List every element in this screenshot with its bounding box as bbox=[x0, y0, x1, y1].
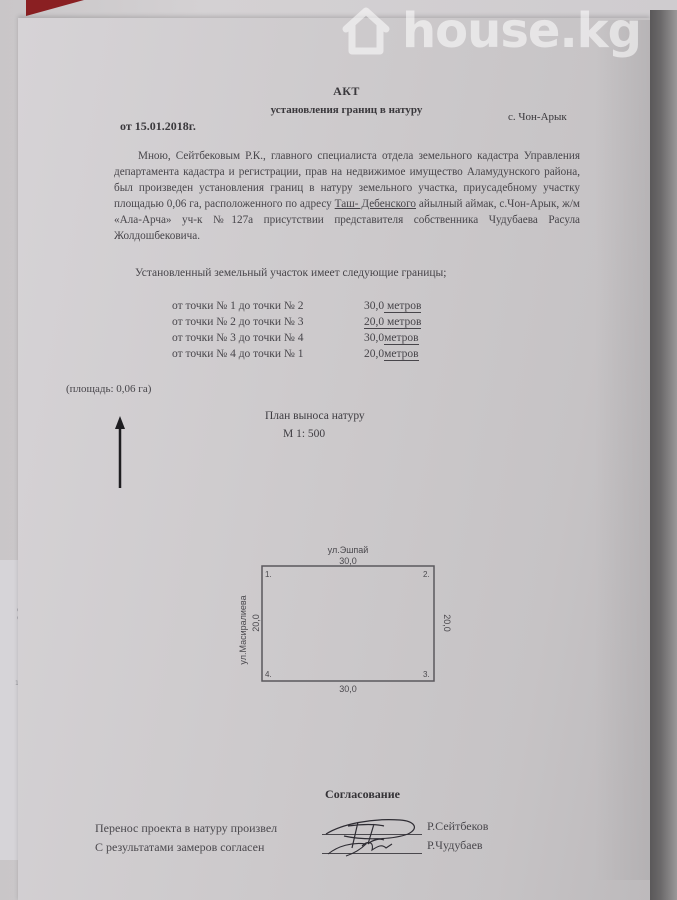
body-paragraph: Мною, Сейтбековым Р.К., главного специал… bbox=[114, 148, 580, 244]
boundary-row: от точки № 1 до точки № 230,0 метров bbox=[172, 300, 421, 312]
boundary-from-to: от точки № 3 до точки № 4 bbox=[172, 332, 364, 344]
signature-label: С результатами замеров согласен bbox=[95, 840, 264, 855]
signatory-name: Р.Чудубаев bbox=[427, 838, 483, 853]
boundary-value: 20,0 bbox=[364, 348, 384, 360]
arrow-up-icon bbox=[113, 416, 127, 490]
bottom-length-label: 30,0 bbox=[339, 684, 357, 694]
boundary-unit: метров bbox=[384, 300, 421, 313]
area-note: (площадь: 0,06 га) bbox=[66, 383, 151, 395]
boundary-from-to: от точки № 1 до точки № 2 bbox=[172, 300, 364, 312]
document-content: АКТ установления границ в натуру от 15.0… bbox=[0, 0, 677, 900]
plot-diagram: ул.Эшпай 30,0 30,0 ул.Масиралиева 20,0 2… bbox=[230, 535, 460, 700]
paragraph-underlined-text: Таш- Дебенского bbox=[335, 198, 416, 210]
document-date: от 15.01.2018г. bbox=[120, 119, 196, 134]
boundary-value: 20,0 метров bbox=[364, 316, 421, 329]
left-street-label: ул.Масиралиева bbox=[238, 595, 248, 664]
point-label: 3. bbox=[423, 670, 430, 679]
point-label: 1. bbox=[265, 570, 272, 579]
right-length-label: 20,0 bbox=[442, 614, 452, 632]
boundary-row: от точки № 2 до точки № 320,0 метров bbox=[172, 316, 421, 328]
plan-title: План выноса натуру bbox=[265, 410, 365, 422]
boundary-unit: метров bbox=[384, 332, 418, 345]
document-place: с. Чон-Арык bbox=[508, 111, 567, 123]
point-label: 2. bbox=[423, 570, 430, 579]
signature-label: Перенос проекта в натуру произвел bbox=[95, 821, 277, 836]
top-street-label: ул.Эшпай bbox=[328, 545, 369, 555]
top-length-label: 30,0 bbox=[339, 556, 357, 566]
point-label: 4. bbox=[265, 670, 272, 679]
agreement-title: Согласование bbox=[0, 787, 677, 802]
signatory-name: Р.Сейтбеков bbox=[427, 819, 488, 834]
boundary-from-to: от точки № 4 до точки № 1 bbox=[172, 348, 364, 360]
boundary-value: 30,0 bbox=[364, 300, 384, 312]
boundary-from-to: от точки № 2 до точки № 3 bbox=[172, 316, 364, 328]
boundaries-intro: Установленный земельный участок имеет сл… bbox=[135, 267, 446, 279]
document-title: АКТ bbox=[0, 84, 677, 99]
boundary-unit: метров bbox=[384, 348, 418, 361]
document-subtitle: установления границ в натуру bbox=[0, 104, 677, 116]
plan-scale: М 1: 500 bbox=[283, 428, 325, 440]
left-length-label: 20,0 bbox=[251, 614, 261, 632]
signature-scribble-icon bbox=[322, 810, 422, 860]
boundary-value: 30,0 bbox=[364, 332, 384, 344]
boundary-row: от точки № 3 до точки № 430,0метров bbox=[172, 332, 419, 344]
boundary-row: от точки № 4 до точки № 120,0метров bbox=[172, 348, 419, 360]
